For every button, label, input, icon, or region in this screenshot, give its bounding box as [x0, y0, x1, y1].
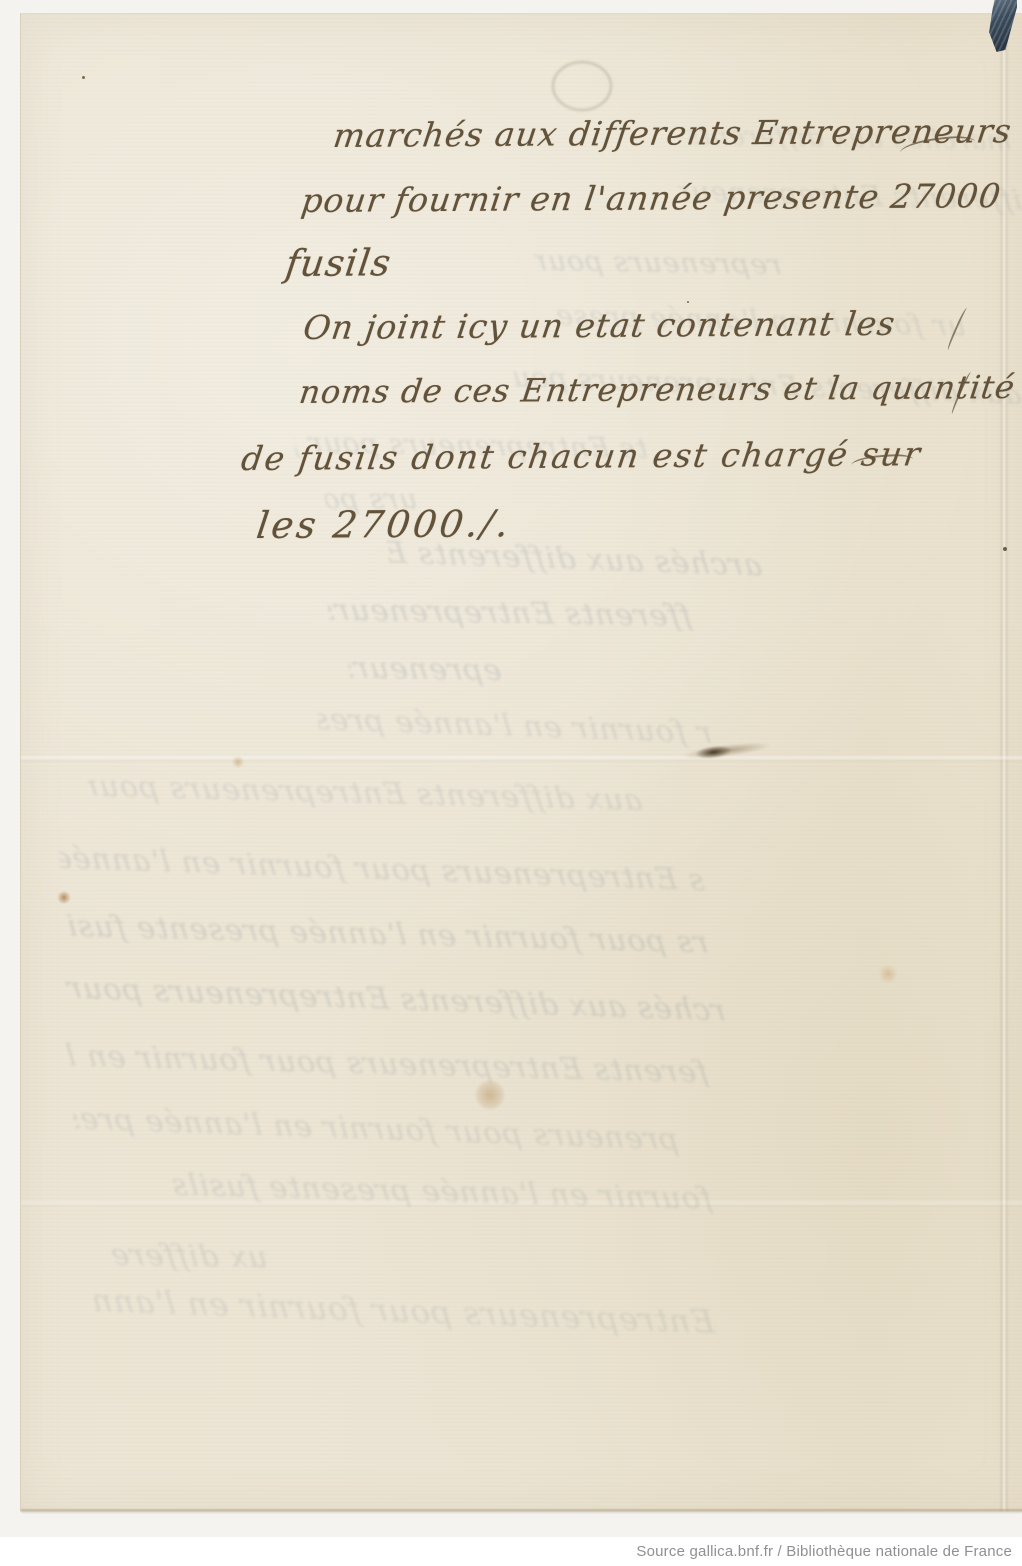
bleedthrough-line: rchés aux differents Entrepreneurs pour … — [56, 970, 728, 1028]
paper-stain — [475, 1080, 505, 1110]
horizontal-fold-crease — [21, 1200, 1022, 1207]
bleedthrough-line: fournir en l'année presente fusils — [116, 1166, 714, 1216]
handwritten-line: de fusils dont chacun est chargé sur — [239, 434, 924, 478]
handwritten-line: pour fournir en l'année presente 27000 — [299, 176, 1004, 220]
bleedthrough-line: aux differents Entrepreneurs pour f — [86, 769, 644, 818]
bleedthrough-line: epreneurs — [347, 651, 504, 689]
bleedthrough-line: repreneurs pour f — [533, 244, 784, 281]
handwritten-line: marchés aux differents Entrepreneurs — [331, 111, 1014, 155]
handwritten-line: noms de ces Entrepreneurs et la quantité — [297, 368, 1018, 411]
pen-flourish — [946, 307, 969, 351]
bleedthrough-line: fferents Entrepreneurs — [326, 593, 693, 634]
paper-speck — [1003, 547, 1007, 551]
bleedthrough-line: Entrepreneurs pour fournir en l'anné — [88, 1281, 717, 1341]
vertical-fold-crease — [999, 14, 1009, 1511]
watermark-ring — [552, 61, 612, 111]
bleedthrough-line: r fournir en l'année pres — [316, 702, 713, 751]
source-attribution-bar: Source gallica.bnf.fr / Bibliothèque nat… — [0, 1537, 1022, 1566]
source-attribution-text: Source gallica.bnf.fr / Bibliothèque nat… — [636, 1543, 1012, 1560]
bleedthrough-line: s Entrepreneurs pour fournir en l'année … — [58, 841, 706, 898]
bleedthrough-line: rs pour fournir en l'année presente fusi — [52, 908, 710, 960]
handwritten-line: On joint icy un etat contenant les — [301, 304, 898, 347]
paper-stain — [57, 891, 71, 904]
handwritten-line: les 27000./. — [254, 502, 514, 547]
bleedthrough-line: preneurs pour fournir en l'année presen — [72, 1102, 680, 1158]
manuscript-page: marchés aux differents Eifferents Entrep… — [20, 13, 1022, 1511]
paper-stain — [231, 756, 245, 768]
bleedthrough-line: ux differe — [103, 1238, 270, 1276]
horizontal-fold-crease — [21, 755, 1022, 762]
ink-smudge — [671, 736, 784, 765]
paper-speck — [687, 301, 689, 303]
handwritten-line: fusils — [283, 241, 394, 285]
bleedthrough-line: ferents Entrepreneurs pour fournir en l'… — [62, 1039, 710, 1091]
paper-stain — [878, 965, 898, 983]
paper-speck — [82, 76, 85, 79]
